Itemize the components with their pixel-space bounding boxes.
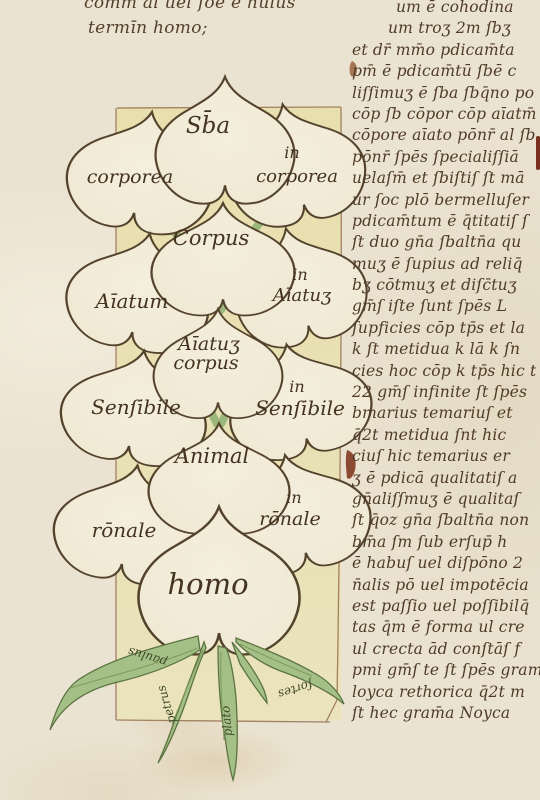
text-line: um ē cohodina <box>396 0 540 18</box>
label-insensibile: Senſibile <box>255 396 345 420</box>
text-line: ſupficies cōp tp̄s et la <box>352 318 540 339</box>
text-line: est paſſio uel poſſibilq̄ <box>352 596 540 617</box>
text-line: bmarius temariuſ et <box>352 403 540 424</box>
label-homo: homo <box>167 567 248 601</box>
label-irrationale-prefix: in <box>286 488 301 507</box>
label-irrationale: rōnale <box>259 508 320 530</box>
manuscript-page: { "page": { "kind": "medieval manuscript… <box>0 0 540 800</box>
text-line: loyca rethorica q̄2t m <box>352 682 540 703</box>
text-line: cies hoc cōp k tp̄s hic t <box>352 361 540 382</box>
text-line: um troʒ 2m ſbʒ <box>388 18 540 39</box>
label-substantia: Sb̄a <box>186 111 230 139</box>
text-line: ſt q̄oz gn̄a ſbaltn̄a non <box>352 510 540 531</box>
text-line: ciuſ hic temarius er <box>352 446 540 467</box>
text-line: pm̄ ē pdicam̄tū ſbē c <box>352 61 540 82</box>
text-line: pmi gm̄ſ te ſt ſpēs gram <box>352 660 540 681</box>
label-rationale: rōnale <box>92 518 157 542</box>
right-text-column: um ē cohodina um troʒ 2m ſbʒ et dr̄ mm̄o… <box>352 0 540 724</box>
text-line: cōp ſb cōpor cōp aīatm̄ <box>352 104 540 125</box>
text-line: muʒ ē ſupius ad reliq̄ <box>352 254 540 275</box>
text-line: ſt duo gn̄a ſbaltn̄a qu <box>352 232 540 253</box>
label-corporea: corporea <box>87 166 173 188</box>
label-animatum-corpus-2: corpus <box>173 352 239 374</box>
text-line: 22 gm̄ſ infinite ſt ſpēs <box>352 382 540 403</box>
text-line: ul crecta ād conſtāſ f <box>352 639 540 660</box>
root-label-plato: plato <box>218 705 235 737</box>
text-line: liſſimuʒ ē ſba ſbq̄no po <box>352 83 540 104</box>
label-insensibile-prefix: in <box>289 377 304 396</box>
text-line: n̄alis pō uel impotēcia <box>352 575 540 596</box>
text-line: pdicam̄tum ē q̄titatiſ ſ <box>352 211 540 232</box>
text-line: bʒ cōtmuʒ et diſc̄tuʒ <box>352 275 540 296</box>
label-animal: Animal <box>173 444 250 468</box>
label-corpus: Corpus <box>173 226 250 250</box>
text-line: q̄2t metidua ſnt hic <box>352 425 540 446</box>
text-line: ʒ ē pdicā qualitatiſ a <box>352 468 540 489</box>
text-line: k ſt metidua k lā k ſn <box>352 339 540 360</box>
text-line: et dr̄ mm̄o pdicam̄ta <box>352 40 540 61</box>
text-line: gn̄aliſſmuʒ ē qualitaſ <box>352 489 540 510</box>
label-incorporea: corporea <box>256 166 338 187</box>
text-line: tas q̄m ē forma ul cre <box>352 617 540 638</box>
text-line: bm̄a ſm ſub erſup̄ h <box>352 532 540 553</box>
label-inanimatum: Aīatuʒ <box>271 285 332 306</box>
text-line: uelaſm̄ et ſbiſtiſ ſt mā <box>352 168 540 189</box>
text-line: gm̄ſ iſte ſunt ſpēs L <box>352 296 540 317</box>
text-line: ur ſoc plō bermelluſer <box>352 190 540 211</box>
text-line: cōpore aīato pōnr̄ al ſb <box>352 125 540 146</box>
text-line: ſt hec gram̄a Noyca <box>352 703 540 724</box>
label-animatum: Aīatum <box>94 289 169 313</box>
text-line: pōnr̄ ſpēs ſpecialiſſiā <box>352 147 540 168</box>
label-incorporea-prefix: in <box>284 143 299 162</box>
label-sensibile: Senſibile <box>91 395 181 419</box>
text-line: ē habuſ uel diſpōno 2 <box>352 553 540 574</box>
label-inanimatum-prefix: in <box>292 265 307 284</box>
